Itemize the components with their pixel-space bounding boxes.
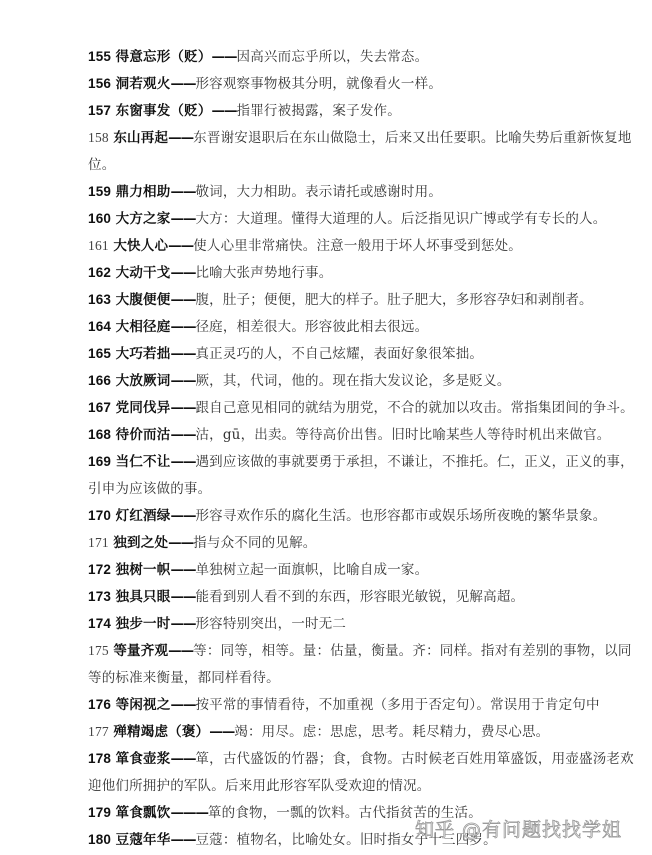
idiom-definition: 指与众不同的见解。 [193, 535, 316, 551]
em-dash-separator: —— [168, 643, 193, 659]
entry-number: 175 [88, 643, 109, 658]
zhihu-watermark: 知乎 @有问题找找学姐 [415, 815, 622, 842]
idiom-term: 待价而沽 [116, 427, 171, 443]
entry-number: 162 [88, 265, 111, 280]
entry-number: 167 [88, 400, 111, 415]
idiom-entry: 163 大腹便便——腹，肚子；便便，肥大的样子。肚子肥大，多形容孕妇和剥削者。 [88, 289, 574, 316]
idiom-term: 等量齐观 [113, 643, 168, 659]
idiom-term: 鼎力相助 [116, 184, 171, 200]
idiom-entry: 165 大巧若拙——真正灵巧的人，不自己炫耀，表面好象很笨拙。 [88, 343, 574, 370]
idiom-definition: 因高兴而忘乎所以，失去常态。 [237, 49, 429, 65]
entry-number: 172 [88, 562, 111, 577]
idiom-definition: 按平常的事情看待，不加重视（多用于否定句）。常误用于肯定句中 [195, 697, 599, 713]
idiom-entry: 160 大方之家——大方：大道理。懂得大道理的人。后泛指见识广博或学有专长的人。 [88, 208, 574, 235]
document-page: 155 得意忘形（贬）——因高兴而忘乎所以，失去常态。156 洞若观火——形容观… [88, 46, 574, 855]
idiom-entry: 170 灯红酒绿——形容寻欢作乐的腐化生活。也形容都市或娱乐场所夜晚的繁华景象。 [88, 505, 574, 532]
em-dash-separator: ——— [170, 805, 208, 821]
em-dash-separator: —— [170, 454, 195, 470]
entry-number: 177 [88, 724, 109, 739]
entry-number: 158 [88, 130, 109, 145]
idiom-definition: 等：同等，相等。量：估量，衡量。齐：同样。指对有差别的事物，以同 [193, 643, 631, 659]
idiom-definition: 东晋谢安退职后在东山做隐士，后来又出任要职。比喻失势后重新恢复地 [193, 130, 631, 146]
idiom-term: 大放厥词 [116, 373, 171, 389]
idiom-entry: 173 独具只眼——能看到别人看不到的东西，形容眼光敏锐，见解高超。 [88, 586, 574, 613]
entry-number: 180 [88, 832, 111, 847]
idiom-entry: 176 等闲视之——按平常的事情看待，不加重视（多用于否定句）。常误用于肯定句中 [88, 694, 574, 721]
idiom-entry: 172 独树一帜——单独树立起一面旗帜，比喻自成一家。 [88, 559, 574, 586]
idiom-term: 独树一帜 [116, 562, 171, 578]
em-dash-separator: —— [168, 535, 193, 551]
idiom-entry: 158 东山再起——东晋谢安退职后在东山做隐士，后来又出任要职。比喻失势后重新恢… [88, 127, 574, 154]
idiom-term: 箪食瓢饮 [116, 805, 171, 821]
em-dash-separator: —— [212, 103, 237, 119]
idiom-definition: 形容特别突出，一时无二 [195, 616, 346, 632]
em-dash-separator: —— [170, 292, 195, 308]
em-dash-separator: —— [168, 238, 193, 254]
idiom-term: 党同伐异 [116, 400, 171, 416]
idiom-entry: 159 鼎力相助——敬词，大力相助。表示请托或感谢时用。 [88, 181, 574, 208]
idiom-term: 等闲视之 [116, 697, 171, 713]
entry-number: 176 [88, 697, 111, 712]
idiom-term: 得意忘形（贬） [116, 49, 212, 65]
idiom-term: 大腹便便 [116, 292, 171, 308]
em-dash-separator: —— [170, 76, 195, 92]
entry-number: 156 [88, 76, 111, 91]
idiom-term: 大快人心 [113, 238, 168, 254]
em-dash-separator: —— [170, 319, 195, 335]
idiom-term: 洞若观火 [116, 76, 171, 92]
idiom-entry: 169 当仁不让——遇到应该做的事就要勇于承担，不谦让，不推托。仁，正义，正义的… [88, 451, 574, 478]
entry-number: 160 [88, 211, 111, 226]
idiom-definition: 比喻大张声势地行事。 [195, 265, 332, 281]
idiom-term: 独到之处 [113, 535, 168, 551]
idiom-entry: 174 独步一时——形容特别突出，一时无二 [88, 613, 574, 640]
idiom-definition-continuation: 位。 [88, 154, 574, 181]
entry-number: 155 [88, 49, 111, 64]
idiom-definition-continuation: 迎他们所拥护的军队。后来用此形容军队受欢迎的情况。 [88, 775, 574, 802]
em-dash-separator: —— [170, 400, 195, 416]
idiom-term: 大巧若拙 [116, 346, 171, 362]
em-dash-separator: —— [170, 589, 195, 605]
idiom-definition: 形容观察事物极其分明，就像看火一样。 [195, 76, 442, 92]
idiom-definition: 能看到别人看不到的东西，形容眼光敏锐，见解高超。 [195, 589, 524, 605]
idiom-definition: 单独树立起一面旗帜，比喻自成一家。 [195, 562, 428, 578]
idiom-definition-continuation: 等的标准来衡量，都同样看待。 [88, 667, 574, 694]
entry-number: 178 [88, 751, 111, 766]
idiom-definition-continuation: 引申为应该做的事。 [88, 478, 574, 505]
entry-number: 165 [88, 346, 111, 361]
idiom-definition: 腹，肚子；便便，肥大的样子。肚子肥大，多形容孕妇和剥削者。 [195, 292, 592, 308]
em-dash-separator: —— [212, 49, 237, 65]
entry-number: 166 [88, 373, 111, 388]
idiom-term: 大相径庭 [116, 319, 171, 335]
idiom-term: 灯红酒绿 [116, 508, 171, 524]
idiom-definition: 形容寻欢作乐的腐化生活。也形容都市或娱乐场所夜晚的繁华景象。 [195, 508, 606, 524]
entry-number: 163 [88, 292, 111, 307]
idiom-entry: 156 洞若观火——形容观察事物极其分明，就像看火一样。 [88, 73, 574, 100]
idiom-entry: 175 等量齐观——等：同等，相等。量：估量，衡量。齐：同样。指对有差别的事物，… [88, 640, 574, 667]
idiom-entry: 171 独到之处——指与众不同的见解。 [88, 532, 574, 559]
idiom-entry: 155 得意忘形（贬）——因高兴而忘乎所以，失去常态。 [88, 46, 574, 73]
em-dash-separator: —— [170, 616, 195, 632]
idiom-entry: 161 大快人心——使人心里非常痛快。注意一般用于坏人坏事受到惩处。 [88, 235, 574, 262]
em-dash-separator: —— [170, 562, 195, 578]
em-dash-separator: —— [170, 697, 195, 713]
entry-number: 173 [88, 589, 111, 604]
em-dash-separator: —— [170, 508, 195, 524]
idiom-definition: 竭：用尽。虑：思虑，思考。耗尽精力，费尽心思。 [234, 724, 549, 740]
em-dash-separator: —— [170, 211, 195, 227]
entry-number: 170 [88, 508, 111, 523]
idiom-term: 大方之家 [116, 211, 171, 227]
idiom-entry: 162 大动干戈——比喻大张声势地行事。 [88, 262, 574, 289]
idiom-term: 独具只眼 [116, 589, 171, 605]
entry-number: 174 [88, 616, 111, 631]
idiom-definition: 箪，古代盛饭的竹器；食，食物。古时候老百姓用箪盛饭，用壶盛汤老欢 [195, 751, 633, 767]
entry-number: 169 [88, 454, 111, 469]
entry-number: 161 [88, 238, 109, 253]
idiom-entry: 177 殚精竭虑（褒）——竭：用尽。虑：思虑，思考。耗尽精力，费尽心思。 [88, 721, 574, 748]
em-dash-separator: —— [170, 373, 195, 389]
idiom-entry: 167 党同伐异——跟自己意见相同的就结为朋党，不合的就加以攻击。常指集团间的争… [88, 397, 574, 424]
idiom-term: 大动干戈 [116, 265, 171, 281]
idiom-definition: 大方：大道理。懂得大道理的人。后泛指见识广博或学有专长的人。 [195, 211, 606, 227]
em-dash-separator: —— [170, 184, 195, 200]
idiom-definition: 真正灵巧的人，不自己炫耀，表面好象很笨拙。 [195, 346, 483, 362]
idiom-entry: 164 大相径庭——径庭，相差很大。形容彼此相去很远。 [88, 316, 574, 343]
idiom-definition: 沽，gū，出卖。等待高价出售。旧时比喻某些人等待时机出来做官。 [195, 427, 610, 443]
em-dash-separator: —— [168, 130, 193, 146]
idiom-term: 殚精竭虑（褒） [113, 724, 209, 740]
entry-number: 159 [88, 184, 111, 199]
idiom-term: 当仁不让 [116, 454, 171, 470]
entry-number: 179 [88, 805, 111, 820]
entry-number: 157 [88, 103, 111, 118]
entry-number: 168 [88, 427, 111, 442]
idiom-term: 独步一时 [116, 616, 171, 632]
idiom-definition: 使人心里非常痛快。注意一般用于坏人坏事受到惩处。 [193, 238, 522, 254]
idiom-definition: 指罪行被揭露，案子发作。 [237, 103, 401, 119]
idiom-definition: 敬词，大力相助。表示请托或感谢时用。 [195, 184, 442, 200]
em-dash-separator: —— [170, 265, 195, 281]
idiom-term: 东窗事发（贬） [116, 103, 212, 119]
em-dash-separator: —— [170, 751, 195, 767]
entry-number: 164 [88, 319, 111, 334]
em-dash-separator: —— [209, 724, 234, 740]
idiom-entry: 166 大放厥词——厥，其，代词，他的。现在指大发议论，多是贬义。 [88, 370, 574, 397]
idiom-definition: 厥，其，代词，他的。现在指大发议论，多是贬义。 [195, 373, 510, 389]
idiom-definition: 遇到应该做的事就要勇于承担，不谦让，不推托。仁，正义，正义的事， [195, 454, 633, 470]
entry-number: 171 [88, 535, 109, 550]
em-dash-separator: —— [170, 427, 195, 443]
idiom-entry: 168 待价而沽——沽，gū，出卖。等待高价出售。旧时比喻某些人等待时机出来做官… [88, 424, 574, 451]
idiom-term: 箪食壶浆 [116, 751, 171, 767]
idiom-entry: 157 东窗事发（贬）——指罪行被揭露，案子发作。 [88, 100, 574, 127]
idiom-entry: 178 箪食壶浆——箪，古代盛饭的竹器；食，食物。古时候老百姓用箪盛饭，用壶盛汤… [88, 748, 574, 775]
idiom-term: 东山再起 [113, 130, 168, 146]
idiom-term: 豆蔻年华 [116, 832, 171, 848]
idiom-definition: 跟自己意见相同的就结为朋党，不合的就加以攻击。常指集团间的争斗。 [195, 400, 633, 416]
em-dash-separator: —— [170, 346, 195, 362]
em-dash-separator: —— [170, 832, 195, 848]
idiom-definition: 径庭，相差很大。形容彼此相去很远。 [195, 319, 428, 335]
